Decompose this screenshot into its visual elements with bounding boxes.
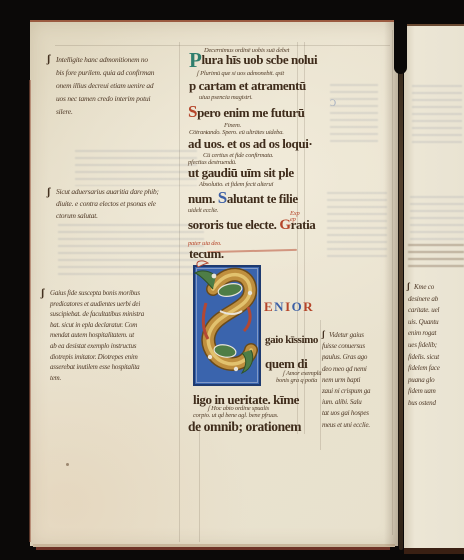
show-through-text [330, 84, 378, 144]
gloss-line: bus ostend [408, 398, 440, 410]
show-through-paraph: Ɔ [330, 98, 336, 108]
ruling-line [179, 42, 180, 542]
gloss-line: puana glo [408, 375, 440, 387]
gloss-line: paulus. Gras ago [322, 352, 370, 363]
left-gloss-paragraph-3: Gaius fide suscepta bonis moribus predic… [50, 288, 144, 383]
paraph-mark: ʃ [47, 53, 50, 65]
illuminated-initial-s [192, 259, 262, 387]
display-letter: N [274, 299, 285, 314]
text-line-gaudium: ut gaudiū uīm sit ple [188, 166, 294, 179]
text-line-omnibus: de omnib; orationem [188, 420, 301, 433]
line-text: num. [188, 191, 218, 206]
display-letter: R [303, 299, 314, 314]
display-letter: O [292, 299, 304, 314]
gloss-line: diotrepis imitator. Diotrepes enim [50, 352, 144, 363]
gloss-line: nem urm bapti [322, 375, 370, 386]
gloss-line: deo meo qd nemi [322, 364, 370, 375]
left-gloss-paragraph-2: Sicut aduersarius auaritia dare phib; di… [56, 186, 159, 222]
gloss-line: onem illius decreui etiam uenire ad [56, 79, 154, 92]
interlinear-gloss: uiua psencia magistri. [199, 94, 253, 101]
initial-p: P [189, 48, 201, 72]
gutter-top-notch [394, 0, 407, 74]
binding-gutter [399, 22, 403, 550]
line-text: alutant te filie [227, 191, 298, 206]
gloss-line: uos nec tamen credo interim potui [56, 92, 154, 105]
gloss-line: Kme co [414, 282, 440, 294]
interlinear-gloss: bonis gra q potīa [276, 377, 317, 384]
gloss-line: Videtur gaius [329, 330, 370, 341]
interlinear-gloss: corpio. ut qd bene agl. bene pfruas. [193, 412, 278, 419]
text-line-gaio: gaio kīssimo [265, 334, 318, 347]
gloss-line: mendat autem hospitalitatem. ut [50, 330, 144, 341]
recto-bottom-edge [404, 548, 464, 554]
initial-g-red: G [279, 217, 290, 233]
initial-s-red: S [188, 102, 197, 121]
line-text: sororis tue electe. [188, 217, 279, 232]
gloss-line: Gaius fide suscepta bonis moribus [50, 288, 144, 299]
show-through-text [412, 85, 462, 147]
gloss-line: ab ea desistat exemplo instructus [50, 341, 144, 352]
text-line-cartam: p cartam et atramentū [189, 79, 306, 92]
paraph-mark: ʃ [407, 281, 410, 291]
text-line-salutant: num. Salutant te filie [188, 191, 298, 205]
left-gloss-paragraph-1: Intelligite hanc admonitionem no bis for… [56, 53, 154, 118]
interlinear-gloss: Cū certius et fide confirmata. [203, 152, 273, 159]
gloss-line: diuite. e contra electos et psonas ele [56, 198, 159, 210]
gloss-line: enim rogat [408, 328, 440, 340]
interlinear-gloss: ʃ Plurimū que si uos admonebit. qsit [197, 70, 284, 77]
gloss-line: tat uos gai hospes [322, 408, 370, 419]
gloss-line: Intelligite hanc admonitionem no [56, 53, 154, 66]
show-through-text [327, 192, 387, 258]
interlinear-gloss: ʃ Amor exemplū [283, 370, 321, 377]
parchment-speck [66, 463, 69, 466]
gloss-line: ues fidelib; [408, 340, 440, 352]
gloss-line: tem. [50, 373, 144, 384]
display-letter: E [264, 299, 274, 314]
gloss-line: asserebat inutilem esse hospitalita [50, 362, 144, 373]
line-text: pero enim me futurū [197, 105, 304, 120]
gloss-line: fidem uam [408, 386, 440, 398]
paraph-mark: ʃ [322, 329, 325, 339]
recto-gloss-column: Kme co desinere ab caritate. uel uis. Qu… [414, 282, 440, 410]
ruling-line [392, 30, 393, 535]
show-through-text [410, 196, 464, 242]
gloss-line: uis. Quantu [408, 317, 440, 329]
ruling-line [199, 428, 200, 542]
interlinear-gloss: uidelt ecclie. [188, 207, 218, 214]
manuscript-photograph: Ɔ ʃ Intelligite hanc admonitionem no bis… [0, 0, 464, 560]
show-through-text [58, 224, 204, 278]
show-through-text-dark [408, 244, 464, 270]
text-line-pluralis: Plura hīs uob scbe nolui [189, 53, 317, 67]
gloss-line: fidelem face [408, 363, 440, 375]
paraph-mark: ʃ [41, 287, 44, 299]
page-stack-edge-red [36, 547, 390, 550]
show-through-text [75, 150, 197, 186]
rubric-explicit: Exp ep [290, 211, 300, 223]
gloss-line: ium. alibi. Salu [322, 397, 370, 408]
gloss-line: ctorum salutat. [56, 210, 159, 222]
gloss-line: zaui ni crispum ga [322, 386, 370, 397]
page-left-edge [29, 80, 31, 542]
ruling-line-horizontal [55, 45, 390, 46]
gloss-line: meus et uni ecclie. [322, 420, 370, 431]
initial-s-blue: S [218, 188, 227, 207]
gloss-line: Sicut aduersarius auaritia dare phib; [56, 186, 159, 198]
interlinear-gloss: Absolutio. et fidem fecit alteruī [199, 181, 273, 188]
interlinear-gloss: Finem. [224, 122, 241, 129]
paraph-mark: ʃ [47, 186, 50, 198]
line-text: lura hīs uob scbe nolui [201, 52, 317, 67]
gloss-line: desinere ab [408, 294, 440, 306]
gloss-line: predicatores et audientes uerbi dei [50, 299, 144, 310]
right-margin-gloss: Videtur gaius fuisse conuersus paulus. G… [329, 330, 370, 431]
gloss-line: silere. [56, 105, 154, 118]
gloss-line: fuisse conuersus [322, 341, 370, 352]
text-line-spero: Spero enim me futurū [188, 105, 304, 119]
gloss-line: caritate. uel [408, 305, 440, 317]
text-line-quem: quem di [265, 357, 307, 370]
gloss-line: bis fore purilem. quia ad confirman [56, 66, 154, 79]
text-line-aduos: ad uos. et os ad os loqui· [188, 137, 312, 150]
ruling-line [320, 320, 321, 450]
gloss-line: suscipiebat. de facultatibus ministra [50, 309, 144, 320]
interlinear-gloss: Cōtrariando. Spero. eū ultrātes uideba. [189, 129, 284, 136]
interlinear-gloss: ʃ Hoc abto ordine spualis [208, 405, 269, 412]
display-word-senior: ENIOR [264, 299, 314, 315]
gloss-line: bat. sicut in epla declaratur. Com [50, 320, 144, 331]
rubric-line: ep [290, 217, 300, 223]
gloss-line: fidelis. sicut [408, 352, 440, 364]
